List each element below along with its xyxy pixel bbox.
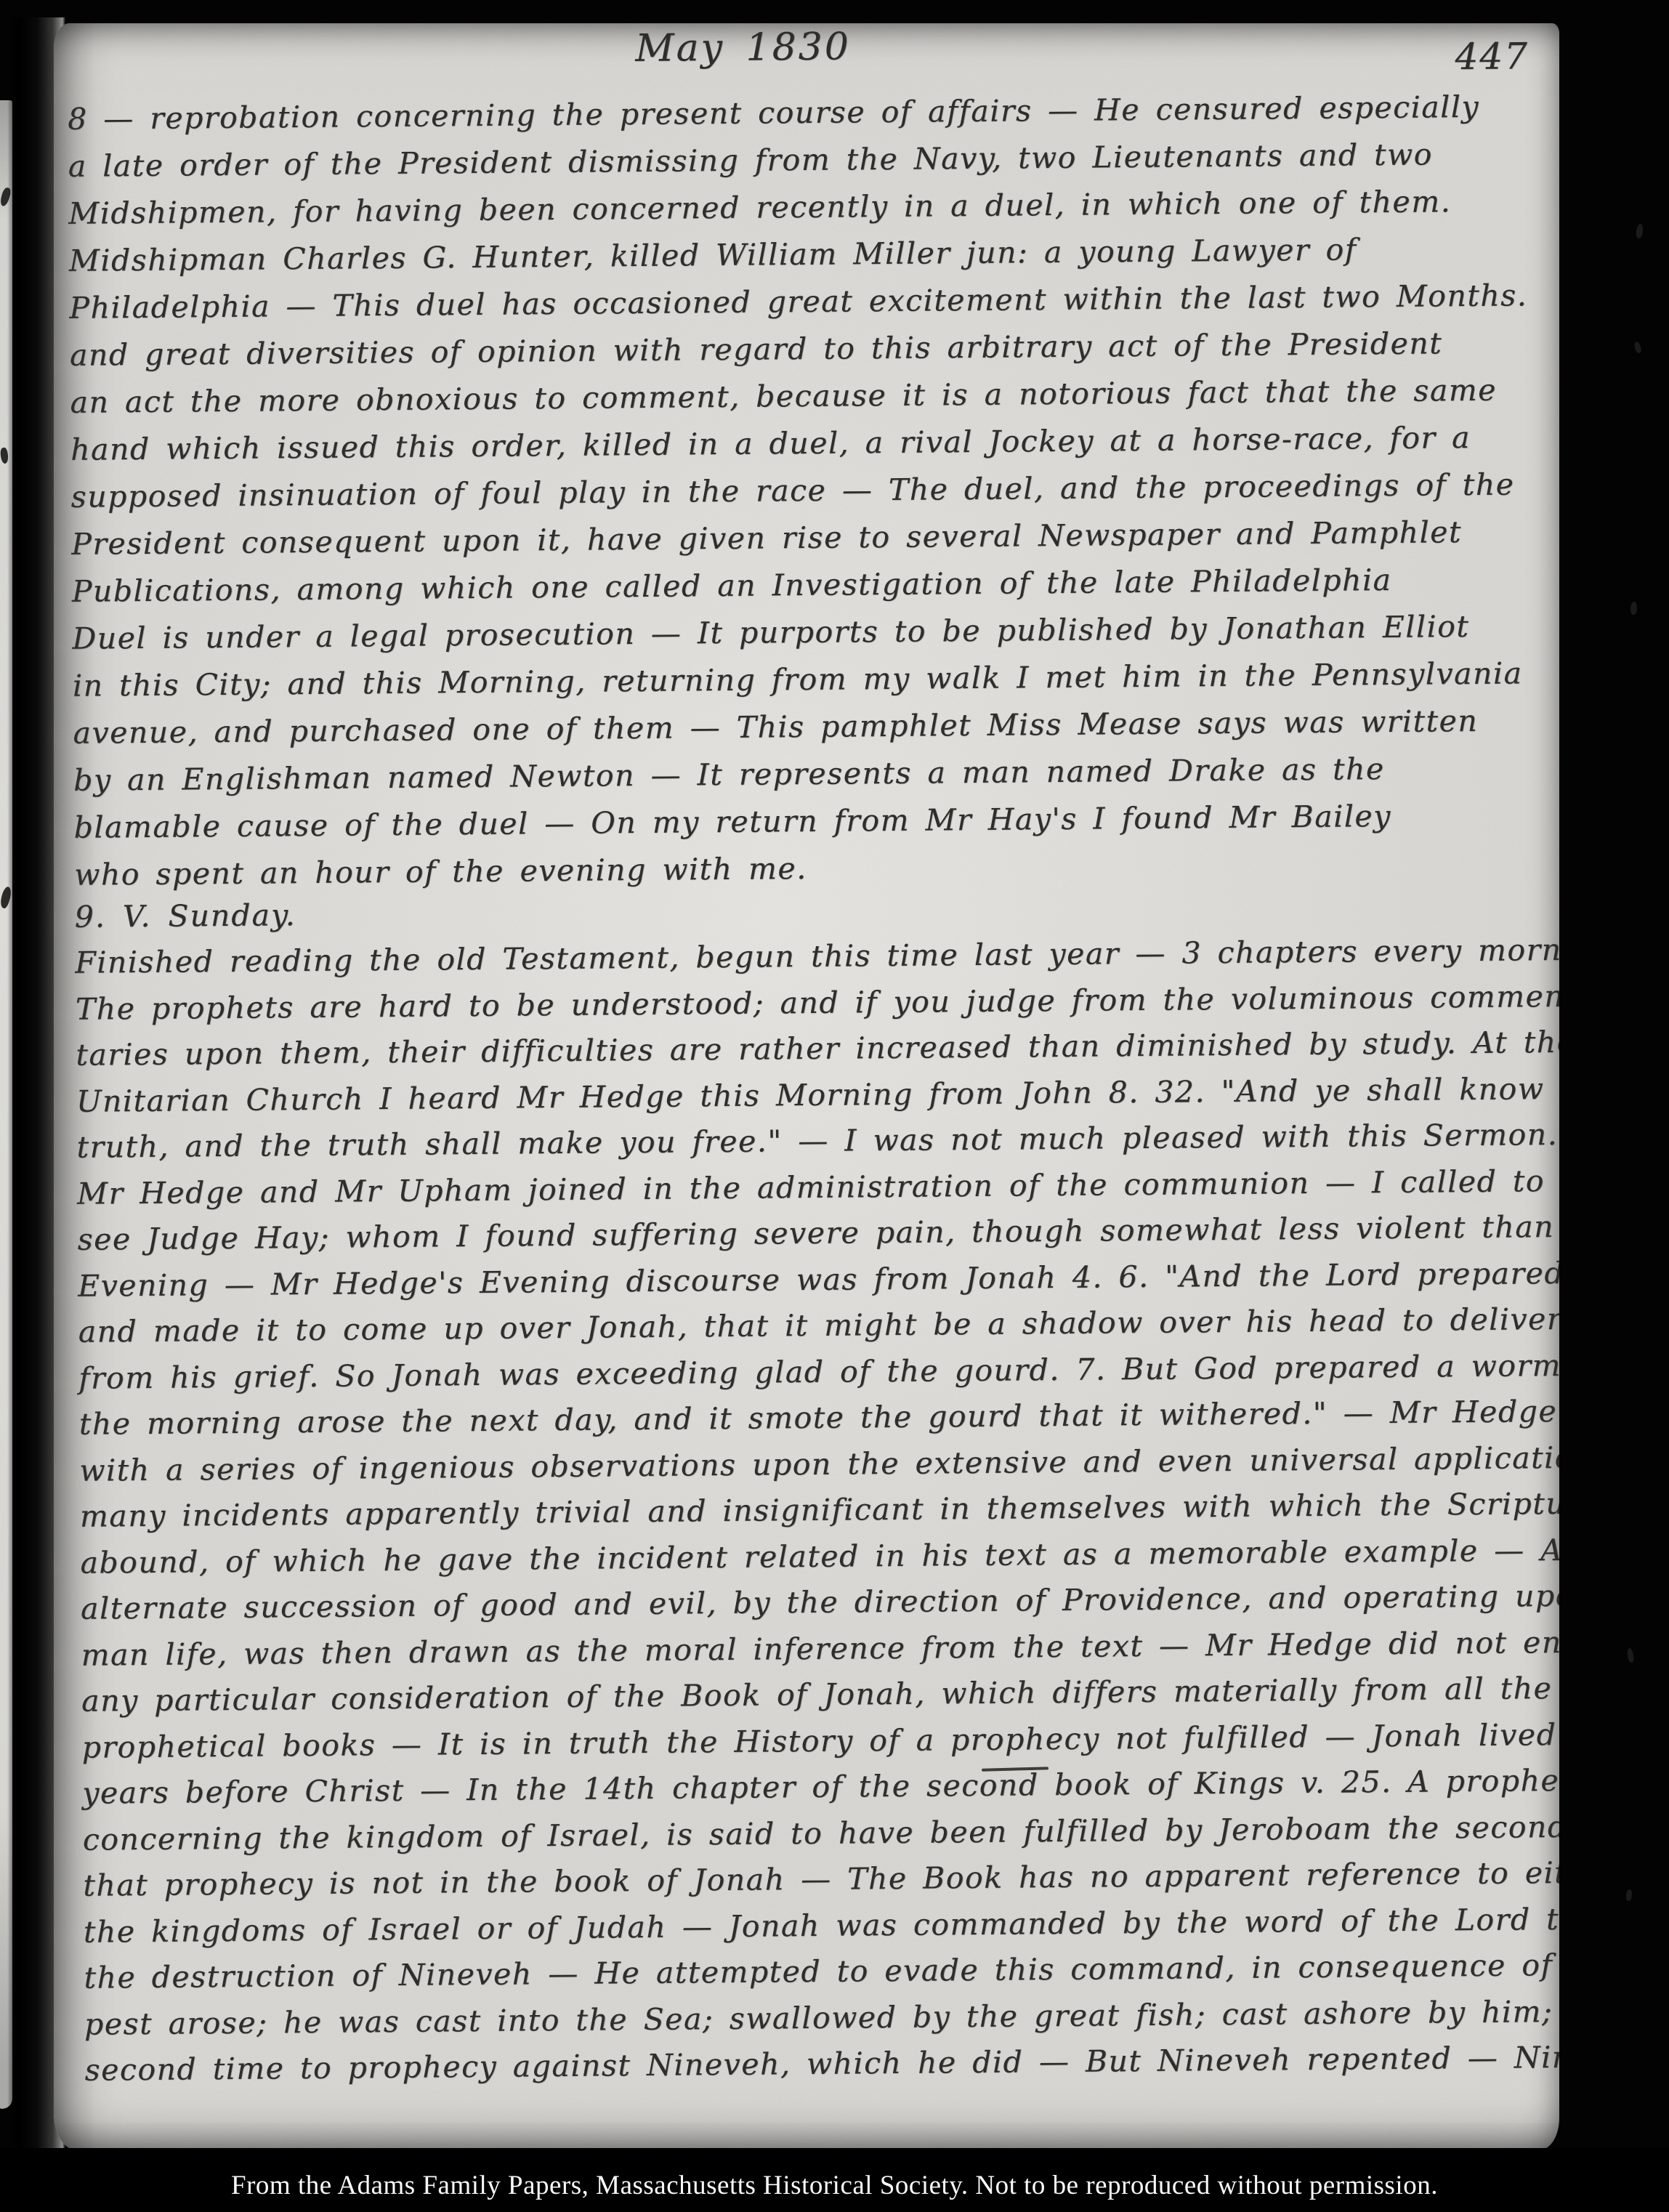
day-heading-may-9: 9. V. Sunday.	[74, 892, 296, 940]
manuscript-page: May 1830 447 8 — reprobation concerning …	[54, 23, 1559, 2150]
page-header-date: May 1830	[635, 25, 851, 70]
page-number: 447	[1455, 35, 1529, 78]
footer-bar: From the Adams Family Papers, Massachuse…	[0, 2148, 1669, 2212]
handwritten-content: May 1830 447 8 — reprobation concerning …	[54, 23, 1559, 2150]
page-edge-stack	[1559, 25, 1645, 2148]
diary-entry-may-8: 8 — reprobation concerning the present c…	[68, 83, 1559, 899]
footer-credit: From the Adams Family Papers, Massachuse…	[0, 2170, 1669, 2201]
diary-entry-may-9: Finished reading the old Testament, begu…	[75, 927, 1559, 2094]
